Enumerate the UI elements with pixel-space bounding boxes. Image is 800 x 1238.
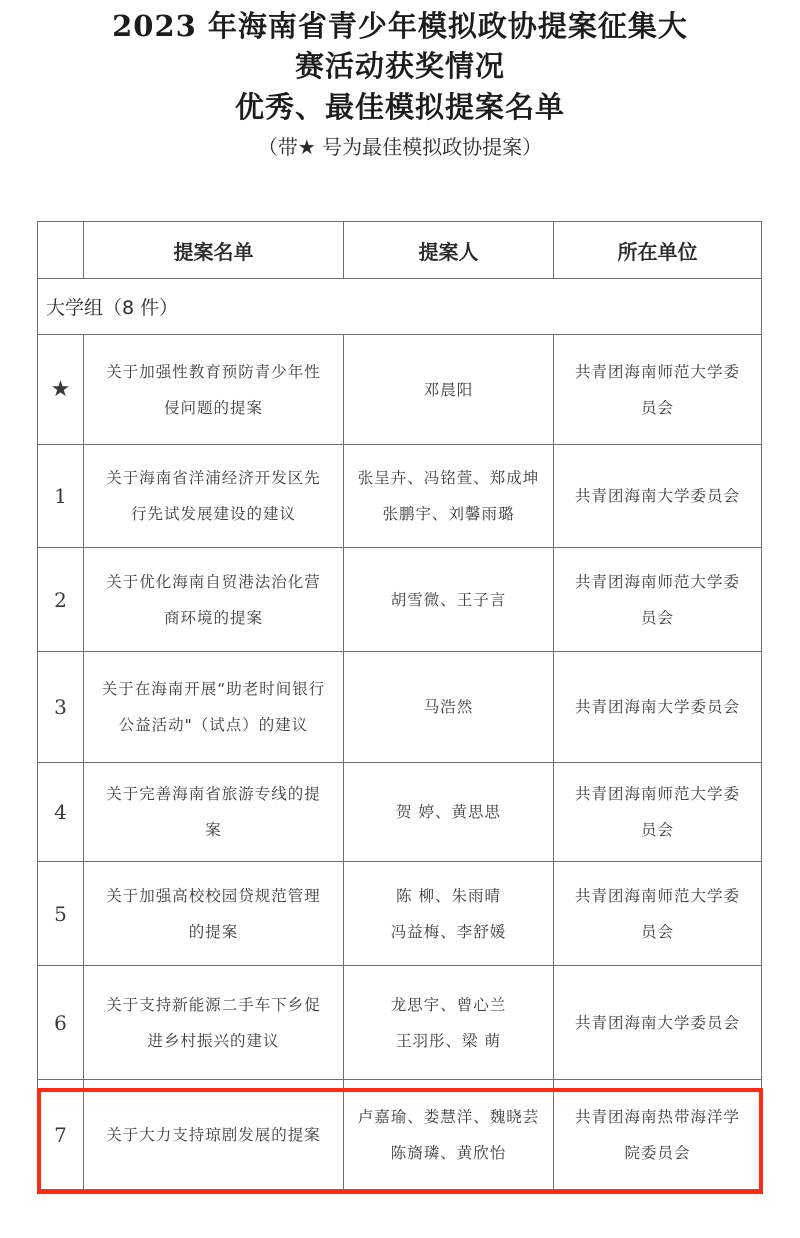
unit-name: 共青团海南师范大学委员会 <box>554 548 762 652</box>
star-icon: ★ <box>38 335 84 445</box>
table-row: 7关于大力支持琼剧发展的提案卢嘉瑜、娄慧洋、魏晓芸陈旖璘、黄欣怡共青团海南热带海… <box>38 1080 762 1190</box>
proposer-names-line: 张呈卉、冯铭萱、郑成坤 <box>350 460 547 496</box>
proposer-names-line: 龙思宇、曾心兰 <box>350 987 547 1023</box>
proposer-names-line: 王羽彤、梁 萌 <box>350 1023 547 1059</box>
table-row: 4关于完善海南省旅游专线的提案贺 婷、黄思思共青团海南师范大学委员会 <box>38 763 762 862</box>
proposal-title-line: 关于大力支持琼剧发展的提案 <box>90 1117 337 1153</box>
proposer-names-line: 冯益梅、李舒媛 <box>350 914 547 950</box>
proposer-names-line: 贺 婷、黄思思 <box>350 794 547 830</box>
unit-name: 共青团海南师范大学委员会 <box>554 335 762 445</box>
group-row: 大学组（8 件） <box>38 279 762 335</box>
proposal-title: 关于优化海南自贸港法治化营商环境的提案 <box>84 548 344 652</box>
proposal-title-line: 案 <box>90 812 337 848</box>
unit-name-line: 共青团海南大学委员会 <box>560 1005 755 1041</box>
proposal-title-line: 关于完善海南省旅游专线的提 <box>90 776 337 812</box>
document-title-line-2: 赛活动获奖情况 <box>0 46 800 86</box>
proposal-title: 关于完善海南省旅游专线的提案 <box>84 763 344 862</box>
document-title-line-1: 2023 年海南省青少年模拟政协提案征集大 <box>0 6 800 46</box>
unit-name-line: 共青团海南师范大学委 <box>560 878 755 914</box>
unit-name: 共青团海南大学委员会 <box>554 966 762 1080</box>
proposer-names: 龙思宇、曾心兰王羽彤、梁 萌 <box>344 966 554 1080</box>
unit-name-line: 共青团海南大学委员会 <box>560 689 755 725</box>
group-label: 大学组（8 件） <box>38 279 762 335</box>
table-row: 2关于优化海南自贸港法治化营商环境的提案胡雪微、王子言共青团海南师范大学委员会 <box>38 548 762 652</box>
proposal-title: 关于大力支持琼剧发展的提案 <box>84 1080 344 1190</box>
header-proposers: 提案人 <box>344 222 554 279</box>
unit-name-line: 员会 <box>560 914 755 950</box>
row-number: 5 <box>38 862 84 966</box>
document-title-line-3: 优秀、最佳模拟提案名单 <box>0 87 800 127</box>
table-row: 6关于支持新能源二手车下乡促进乡村振兴的建议龙思宇、曾心兰王羽彤、梁 萌共青团海… <box>38 966 762 1080</box>
unit-name: 共青团海南大学委员会 <box>554 652 762 763</box>
header-index <box>38 222 84 279</box>
unit-name: 共青团海南大学委员会 <box>554 445 762 548</box>
proposer-names-line: 卢嘉瑜、娄慧洋、魏晓芸 <box>350 1099 547 1135</box>
unit-name-line: 共青团海南大学委员会 <box>560 478 755 514</box>
table-row: 1关于海南省洋浦经济开发区先行先试发展建设的建议张呈卉、冯铭萱、郑成坤张鹏宇、刘… <box>38 445 762 548</box>
proposal-title-line: 关于加强性教育预防青少年性 <box>90 354 337 390</box>
unit-name-line: 共青团海南师范大学委 <box>560 564 755 600</box>
proposer-names: 邓晨阳 <box>344 335 554 445</box>
proposer-names-line: 陈 柳、朱雨晴 <box>350 878 547 914</box>
unit-name-line: 员会 <box>560 812 755 848</box>
proposal-title-line: 的提案 <box>90 914 337 950</box>
row-number: 7 <box>38 1080 84 1190</box>
proposal-title-line: 关于在海南开展“助老时间银行 <box>90 671 337 707</box>
proposal-title-line: 关于支持新能源二手车下乡促 <box>90 987 337 1023</box>
proposal-title: 关于在海南开展“助老时间银行公益活动"（试点）的建议 <box>84 652 344 763</box>
unit-name-line: 院委员会 <box>560 1135 755 1171</box>
unit-name-line: 共青团海南师范大学委 <box>560 354 755 390</box>
proposer-names-line: 马浩然 <box>350 689 547 725</box>
unit-name: 共青团海南热带海洋学院委员会 <box>554 1080 762 1190</box>
proposal-title-line: 关于加强高校校园贷规范管理 <box>90 878 337 914</box>
unit-name: 共青团海南师范大学委员会 <box>554 862 762 966</box>
document-subtitle: （带★ 号为最佳模拟政协提案） <box>0 132 800 162</box>
unit-name-line: 共青团海南热带海洋学 <box>560 1099 755 1135</box>
row-number: 2 <box>38 548 84 652</box>
proposer-names-line: 邓晨阳 <box>350 372 547 408</box>
proposal-title: 关于海南省洋浦经济开发区先行先试发展建设的建议 <box>84 445 344 548</box>
proposal-title-line: 进乡村振兴的建议 <box>90 1023 337 1059</box>
unit-name-line: 员会 <box>560 390 755 426</box>
proposer-names: 陈 柳、朱雨晴冯益梅、李舒媛 <box>344 862 554 966</box>
proposer-names: 贺 婷、黄思思 <box>344 763 554 862</box>
row-number: 3 <box>38 652 84 763</box>
proposer-names: 卢嘉瑜、娄慧洋、魏晓芸陈旖璘、黄欣怡 <box>344 1080 554 1190</box>
proposer-names-line: 胡雪微、王子言 <box>350 582 547 618</box>
proposal-title-line: 行先试发展建设的建议 <box>90 496 337 532</box>
proposal-title: 关于支持新能源二手车下乡促进乡村振兴的建议 <box>84 966 344 1080</box>
award-table: 提案名单 提案人 所在单位 大学组（8 件） ★关于加强性教育预防青少年性侵问题… <box>37 221 762 1190</box>
table-row: ★关于加强性教育预防青少年性侵问题的提案邓晨阳共青团海南师范大学委员会 <box>38 335 762 445</box>
proposal-title-line: 侵问题的提案 <box>90 390 337 426</box>
proposal-title: 关于加强性教育预防青少年性侵问题的提案 <box>84 335 344 445</box>
proposal-title-line: 关于海南省洋浦经济开发区先 <box>90 460 337 496</box>
proposer-names: 张呈卉、冯铭萱、郑成坤张鹏宇、刘馨雨璐 <box>344 445 554 548</box>
table-row: 3关于在海南开展“助老时间银行公益活动"（试点）的建议马浩然共青团海南大学委员会 <box>38 652 762 763</box>
row-number: 4 <box>38 763 84 862</box>
proposer-names-line: 张鹏宇、刘馨雨璐 <box>350 496 547 532</box>
row-number: 6 <box>38 966 84 1080</box>
proposal-title: 关于加强高校校园贷规范管理的提案 <box>84 862 344 966</box>
unit-name: 共青团海南师范大学委员会 <box>554 763 762 862</box>
header-proposal: 提案名单 <box>84 222 344 279</box>
table-header-row: 提案名单 提案人 所在单位 <box>38 222 762 279</box>
unit-name-line: 员会 <box>560 600 755 636</box>
proposal-title-line: 关于优化海南自贸港法治化营 <box>90 564 337 600</box>
proposal-title-line: 公益活动"（试点）的建议 <box>90 707 337 743</box>
proposer-names: 马浩然 <box>344 652 554 763</box>
proposer-names-line: 陈旖璘、黄欣怡 <box>350 1135 547 1171</box>
header-unit: 所在单位 <box>554 222 762 279</box>
unit-name-line: 共青团海南师范大学委 <box>560 776 755 812</box>
proposer-names: 胡雪微、王子言 <box>344 548 554 652</box>
table-row: 5关于加强高校校园贷规范管理的提案陈 柳、朱雨晴冯益梅、李舒媛共青团海南师范大学… <box>38 862 762 966</box>
proposal-title-line: 商环境的提案 <box>90 600 337 636</box>
row-number: 1 <box>38 445 84 548</box>
